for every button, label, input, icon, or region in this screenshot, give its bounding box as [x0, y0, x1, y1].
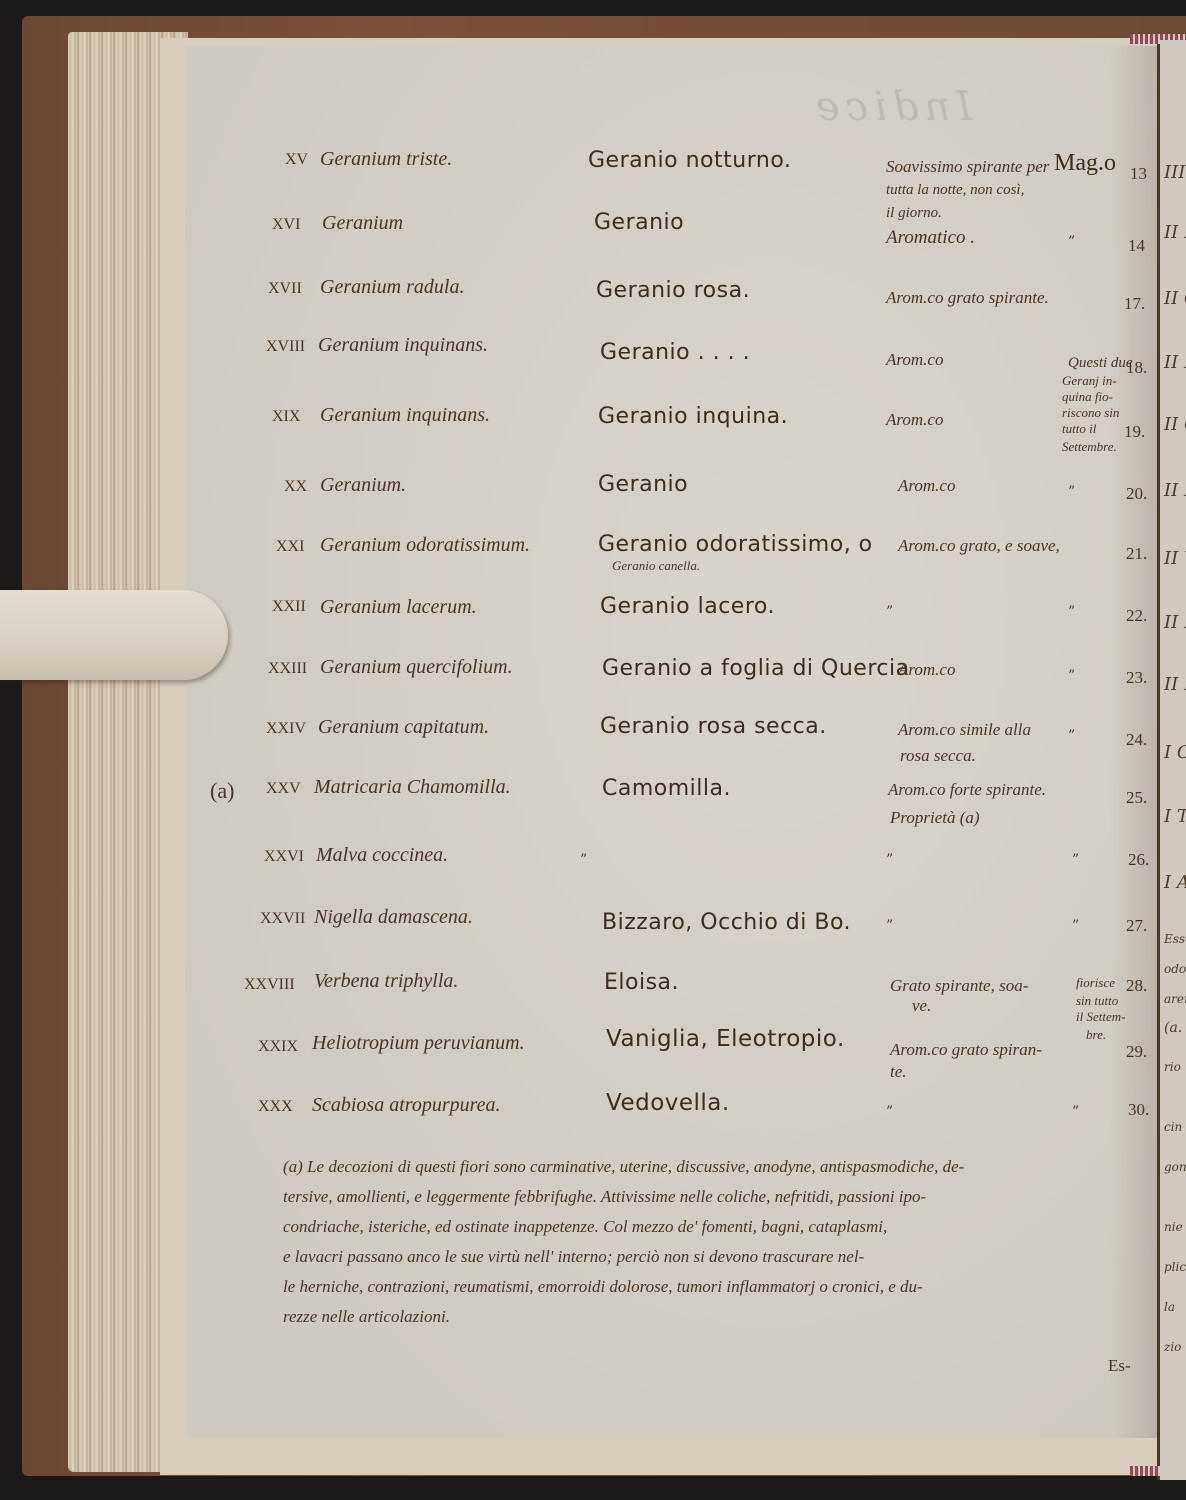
- ditto-mark: ”: [886, 918, 893, 934]
- page-number: 17.: [1124, 294, 1145, 314]
- italian-name: Geranio rosa secca.: [600, 714, 827, 739]
- facing-fragment: gon: [1164, 1160, 1186, 1174]
- side-note-line: riscono sin: [1062, 406, 1119, 420]
- roman-numeral: XXII: [272, 598, 306, 616]
- footnote-line: le herniche, contrazioni, reumatismi, em…: [283, 1272, 1133, 1302]
- property-text: rosa secca.: [900, 746, 976, 766]
- latin-name: Geranium inquinans.: [318, 334, 488, 357]
- italian-name: Geranio odoratissimo, o: [598, 532, 873, 557]
- catchword: Es-: [1108, 1356, 1131, 1376]
- italian-name: Eloisa.: [604, 970, 679, 995]
- roman-numeral: XXX: [258, 1098, 293, 1116]
- ditto-mark: ”: [1068, 234, 1075, 250]
- ditto-mark: ”: [1072, 1104, 1079, 1120]
- italian-alt-name: Geranio canella.: [612, 558, 700, 574]
- property-text: Aromatico .: [886, 228, 975, 248]
- italian-name: Geranio a foglia di Quercia: [602, 656, 910, 681]
- facing-fragment: rio: [1164, 1060, 1181, 1074]
- facing-fragment: II I: [1164, 222, 1186, 243]
- latin-name: Malva coccinea.: [316, 844, 448, 867]
- italian-name: Geranio inquina.: [598, 404, 788, 429]
- latin-name: Geranium.: [320, 474, 406, 497]
- property-text: Arom.co: [886, 350, 943, 370]
- facing-page: III II I II G II I II O II Re II Ve II L…: [1160, 40, 1186, 1480]
- footnote: (a) Le decozioni di questi fiori sono ca…: [283, 1152, 1133, 1332]
- property-text: Proprietà (a): [890, 808, 980, 828]
- page-number: 14: [1128, 236, 1145, 256]
- side-note-line: bre.: [1086, 1028, 1106, 1042]
- facing-fragment: Esse: [1164, 932, 1186, 946]
- facing-fragment: I Tri: [1164, 806, 1186, 827]
- latin-name: Scabiosa atropurpurea.: [312, 1094, 501, 1117]
- roman-numeral: XVI: [272, 216, 300, 234]
- latin-name: Heliotropium peruvianum.: [312, 1032, 525, 1055]
- property-text: Soavissimo spirante per: [886, 157, 1049, 177]
- bookmark-tab[interactable]: [0, 590, 228, 680]
- footnote-line: e lavacri passano anco le sue virtù nell…: [283, 1242, 1133, 1272]
- latin-name: Geranium capitatum.: [318, 716, 489, 739]
- italian-name: Camomilla.: [602, 776, 731, 801]
- facing-fragment: plic: [1164, 1260, 1186, 1274]
- facing-fragment: la: [1164, 1300, 1175, 1314]
- italian-name: Geranio: [598, 472, 688, 497]
- page-number: 24.: [1126, 730, 1147, 750]
- latin-name: Geranium triste.: [320, 148, 452, 171]
- ditto-mark: ”: [1068, 668, 1075, 684]
- ditto-mark: ”: [1068, 728, 1075, 744]
- facing-fragment: II Ve: [1164, 548, 1186, 569]
- facing-fragment: cin: [1164, 1120, 1182, 1134]
- page-number: 27.: [1126, 916, 1147, 936]
- facing-fragment: II Ru: [1164, 674, 1186, 695]
- facing-fragment: zio: [1164, 1340, 1181, 1354]
- facing-fragment: II I: [1164, 352, 1186, 373]
- property-text: Arom.co grato spirante.: [886, 288, 1049, 308]
- facing-fragment: aren: [1164, 992, 1186, 1006]
- facing-fragment: odo: [1164, 962, 1186, 976]
- latin-name: Geranium quercifolium.: [320, 656, 513, 679]
- facing-fragment: nie: [1164, 1220, 1183, 1234]
- property-text: Arom.co grato spiran-: [890, 1040, 1042, 1060]
- page-number: 25.: [1126, 788, 1147, 808]
- month-label: Mag.o: [1054, 150, 1116, 177]
- latin-name: Geranium: [322, 212, 403, 235]
- italian-name: Geranio . . . .: [600, 340, 750, 365]
- roman-numeral: XXI: [276, 538, 304, 556]
- latin-name: Verbena triphylla.: [314, 970, 458, 993]
- latin-name: Nigella damascena.: [314, 906, 473, 929]
- roman-numeral: XV: [285, 151, 308, 169]
- page-number: 13: [1130, 164, 1147, 184]
- property-text: Arom.co: [886, 410, 943, 430]
- page-number: 26.: [1128, 850, 1149, 870]
- footnote-line: condriache, isteriche, ed ostinate inapp…: [283, 1212, 1133, 1242]
- side-note-line: fiorisce: [1076, 976, 1115, 990]
- property-text: Arom.co: [898, 660, 955, 680]
- side-note-line: quina fio-: [1062, 390, 1113, 404]
- side-note-line: sin tutto: [1076, 994, 1118, 1008]
- footnote-marker: (a): [210, 778, 234, 804]
- latin-name: Geranium odoratissimum.: [320, 534, 530, 557]
- italian-name: Vedovella.: [606, 1090, 730, 1116]
- property-text: Arom.co simile alla: [898, 720, 1031, 740]
- facing-fragment: II Ly: [1164, 612, 1186, 633]
- page-number: 21.: [1126, 544, 1147, 564]
- property-text: il giorno.: [886, 203, 942, 223]
- facing-fragment: II Re: [1164, 480, 1186, 501]
- page-number: 22.: [1126, 606, 1147, 626]
- roman-numeral: XXIX: [258, 1038, 298, 1056]
- italian-name: Geranio notturno.: [588, 148, 791, 173]
- roman-numeral: XXVIII: [244, 976, 295, 994]
- property-text: Arom.co forte spirante.: [888, 780, 1046, 800]
- facing-fragment: I Cle: [1164, 742, 1186, 763]
- footnote-line: rezze nelle articolazioni.: [283, 1302, 1133, 1332]
- roman-numeral: XXVII: [260, 910, 305, 928]
- property-text: tutta la notte, non così,: [886, 180, 1024, 200]
- property-text: Arom.co: [898, 476, 955, 496]
- roman-numeral: XXIV: [266, 720, 306, 738]
- footnote-line: tersive, amollienti, e leggermente febbr…: [283, 1182, 1133, 1212]
- italian-name: Bizzaro, Occhio di Bo.: [602, 910, 851, 935]
- roman-numeral: XX: [284, 478, 307, 496]
- page-number: 28.: [1126, 976, 1147, 996]
- ditto-mark: ”: [886, 852, 893, 868]
- italian-name: Vaniglia, Eleotropio.: [606, 1026, 845, 1052]
- facing-fragment: (a.: [1164, 1020, 1182, 1036]
- ditto-mark: ”: [580, 852, 587, 868]
- facing-fragment: I An: [1164, 872, 1186, 893]
- italian-name: Geranio rosa.: [596, 278, 750, 303]
- ditto-mark: ”: [1068, 604, 1075, 620]
- page-number: 19.: [1124, 422, 1145, 442]
- roman-numeral: XXIII: [268, 660, 307, 678]
- page-number: 23.: [1126, 668, 1147, 688]
- italian-name: Geranio: [594, 210, 684, 235]
- property-text: Grato spirante, soa-: [890, 976, 1028, 996]
- footnote-line: (a) Le decozioni di questi fiori sono ca…: [283, 1152, 1133, 1182]
- side-note-line: tutto il: [1062, 422, 1096, 436]
- page-number: 29.: [1126, 1042, 1147, 1062]
- facing-fragment: III: [1164, 162, 1185, 183]
- side-note-line: Settembre.: [1062, 440, 1117, 454]
- roman-numeral: XVII: [268, 280, 302, 298]
- facing-fragment: II G: [1164, 288, 1186, 309]
- page-number: 20.: [1126, 484, 1147, 504]
- property-text: te.: [890, 1062, 907, 1082]
- side-note-line: il Settem-: [1076, 1010, 1125, 1024]
- facing-fragment: II O: [1164, 414, 1186, 435]
- bleed-through-heading: Indice: [810, 84, 972, 130]
- roman-numeral: XIX: [272, 408, 300, 426]
- page-number: 30.: [1128, 1100, 1149, 1120]
- ditto-mark: ”: [1068, 484, 1075, 500]
- ditto-mark: ”: [886, 604, 893, 620]
- latin-name: Geranium inquinans.: [320, 404, 490, 427]
- latin-name: Geranium radula.: [320, 276, 464, 299]
- italian-name: Geranio lacero.: [600, 594, 775, 619]
- roman-numeral: XVIII: [266, 338, 305, 356]
- roman-numeral: XXVI: [264, 848, 304, 866]
- ditto-mark: ”: [1072, 852, 1079, 868]
- roman-numeral: XXV: [266, 780, 301, 798]
- property-text: Arom.co grato, e soave,: [898, 536, 1060, 556]
- side-note-line: Questi due: [1068, 356, 1133, 370]
- ditto-mark: ”: [1072, 918, 1079, 934]
- side-note-line: Geranj in-: [1062, 374, 1117, 388]
- ditto-mark: ”: [886, 1104, 893, 1120]
- property-text: ve.: [912, 996, 931, 1016]
- latin-name: Geranium lacerum.: [320, 596, 477, 619]
- latin-name: Matricaria Chamomilla.: [314, 776, 511, 799]
